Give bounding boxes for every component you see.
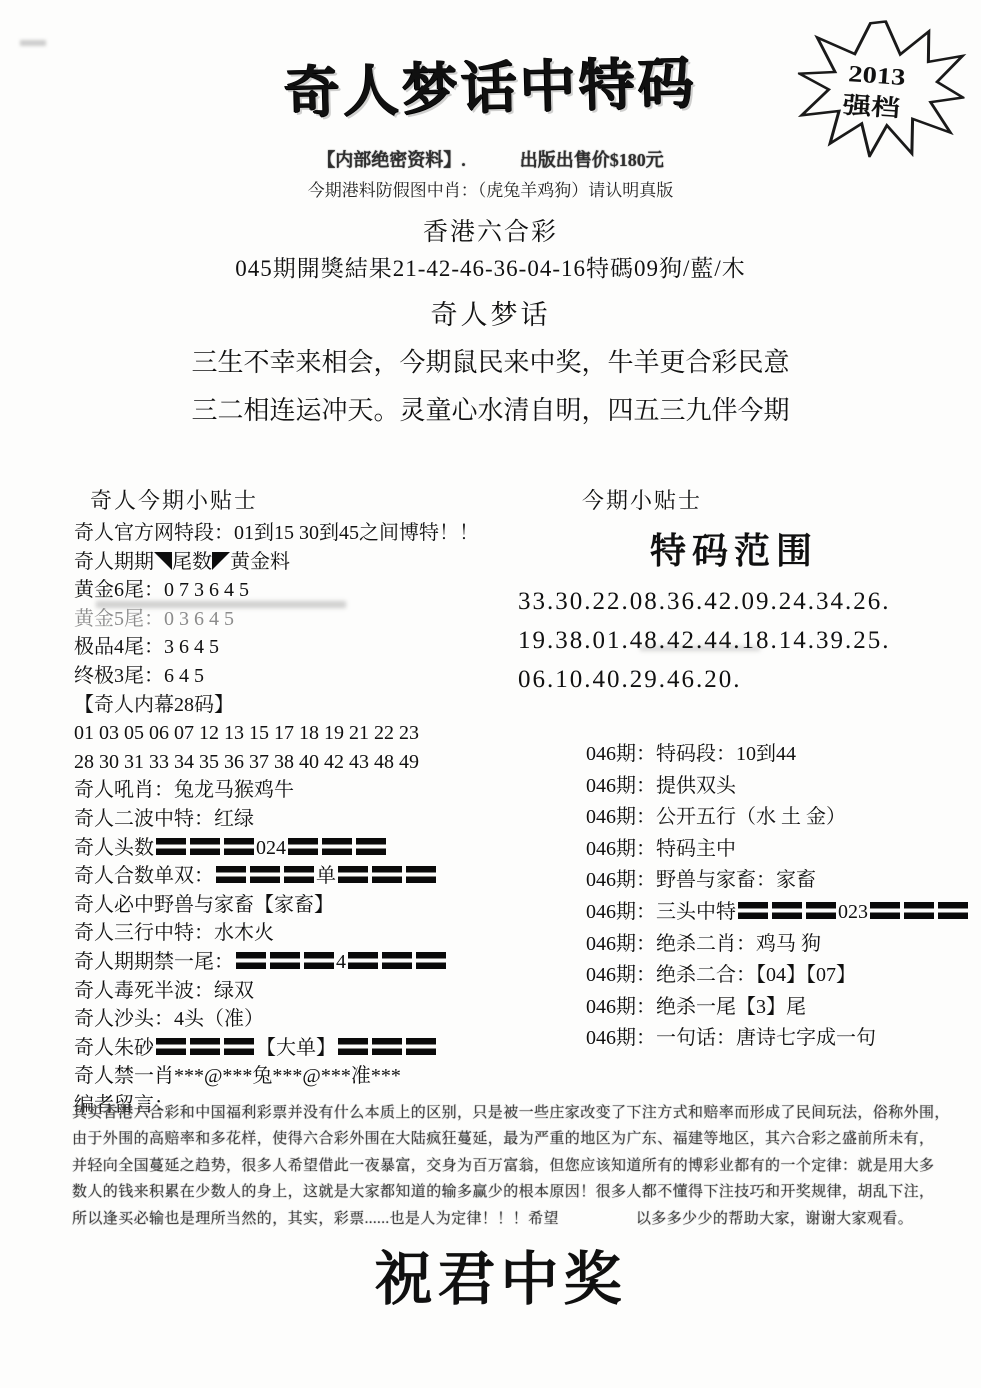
text-segment: 奇人毒死半波：绿双 bbox=[74, 980, 254, 1002]
issue-line: 046期：三头中特023 bbox=[518, 897, 980, 929]
text-segment: 046期：野兽与家畜：家畜 bbox=[586, 869, 816, 891]
starburst-icon bbox=[794, 16, 968, 162]
censor-bar bbox=[406, 1038, 436, 1055]
text-segment: 奇人吼肖：兔龙马猴鸡牛 bbox=[74, 779, 294, 801]
antifake-line: 今期港料防假图中肖：（虎兔羊鸡狗）请认明真版 bbox=[0, 176, 981, 201]
issue-line: 046期：绝杀二合：【04】【07】 bbox=[518, 960, 980, 992]
text-segment: 极品4尾：3 6 4 5 bbox=[74, 636, 219, 658]
censor-bar bbox=[156, 838, 186, 855]
censor-bar bbox=[156, 1038, 186, 1055]
issue-line: 046期：绝杀二肖：鸡马 狗 bbox=[518, 929, 980, 961]
censor-bar bbox=[738, 902, 768, 919]
badge-year: 2013 bbox=[847, 61, 906, 91]
tip-line: 奇人二波中特：红绿 bbox=[74, 805, 544, 834]
censor-bar bbox=[772, 902, 802, 919]
note-line: 所以逢买必输也是理所当然的，其实，彩票......也是人为定律！！！希望 以多多… bbox=[72, 1206, 966, 1232]
censor-bar bbox=[304, 952, 334, 969]
right-column-heading: 今期小贴士 bbox=[518, 484, 980, 515]
text-segment: 【奇人内幕28码】 bbox=[74, 694, 234, 716]
dream-section-title: 奇人梦话 bbox=[0, 293, 981, 332]
range-numbers-line: 19.38.01.48.42.44.18.14.39.25. bbox=[518, 621, 980, 660]
text-segment: 024 bbox=[256, 837, 286, 859]
range-numbers-line: 06.10.40.29.46.20. bbox=[518, 660, 980, 699]
price-info-line: 【内部绝密资料】. 出版出售价$180元 bbox=[0, 146, 981, 172]
issue-line: 046期：公开五行（水 土 金） bbox=[518, 802, 980, 834]
censor-bar bbox=[382, 952, 412, 969]
issue-line: 046期：一句话：唐诗七字成一句 bbox=[518, 1023, 980, 1055]
censor-bar bbox=[416, 952, 446, 969]
issue-line: 046期：特码段：10到44 bbox=[518, 739, 980, 771]
tip-line: 奇人期期禁一尾：4 bbox=[74, 948, 544, 977]
scanned-lottery-sheet: { "header": { "badge": {"line1": "2013",… bbox=[0, 0, 981, 1388]
text-segment: 奇人二波中特：红绿 bbox=[74, 808, 254, 830]
lottery-name: 香港六合彩 bbox=[0, 212, 981, 248]
text-segment: 28 30 31 33 34 35 36 37 38 40 42 43 48 4… bbox=[74, 751, 419, 773]
tip-line: 奇人官方网特段：01到15 30到45之间博特！！ bbox=[74, 519, 544, 548]
text-segment: 奇人期期 bbox=[74, 551, 154, 573]
tip-line: 奇人三行中特：水木火 bbox=[74, 919, 544, 948]
triangle-down-right-icon bbox=[154, 552, 172, 570]
blessing-text: 祝君中奖 bbox=[0, 1232, 981, 1316]
text-segment: 单 bbox=[316, 865, 336, 887]
note-line: 由于外围的高赔率和多花样，使得六合彩外围在大陆疯狂蔓延，最为严重的地区为广东、福… bbox=[72, 1126, 966, 1152]
text-segment: 046期：三头中特 bbox=[586, 901, 736, 923]
censor-bar bbox=[284, 866, 314, 883]
range-numbers-line: 33.30.22.08.36.42.09.24.34.26. bbox=[518, 582, 980, 621]
text-segment: 046期：一句话：唐诗七字成一句 bbox=[586, 1027, 876, 1049]
tip-line: 奇人头数024 bbox=[74, 834, 544, 863]
text-segment: 046期：绝杀一尾【3】尾 bbox=[586, 996, 806, 1018]
censor-bar bbox=[250, 866, 280, 883]
tip-line: 终极3尾：6 4 5 bbox=[74, 662, 544, 691]
issue-line: 046期：特码主中 bbox=[518, 834, 980, 866]
text-segment: 【大单】 bbox=[256, 1037, 336, 1059]
text-segment: 046期：特码主中 bbox=[586, 838, 736, 860]
tip-line: 奇人沙头：4头（准） bbox=[74, 1005, 544, 1034]
issue-line: 046期：野兽与家畜：家畜 bbox=[518, 865, 980, 897]
censor-bar bbox=[288, 838, 318, 855]
tip-line: 奇人朱砂【大单】 bbox=[74, 1034, 544, 1063]
special-range-title: 特码范围 bbox=[584, 523, 884, 574]
note-line: 其实香港六合彩和中国福利彩票并没有什么本质上的区别，只是被一些庄家改变了下注方式… bbox=[72, 1100, 966, 1126]
issue-line: 046期：提供双头 bbox=[518, 771, 980, 803]
censor-bar bbox=[356, 838, 386, 855]
inside-numbers-row: 28 30 31 33 34 35 36 37 38 40 42 43 48 4… bbox=[74, 748, 544, 777]
editor-note-paragraph: 其实香港六合彩和中国福利彩票并没有什么本质上的区别，只是被一些庄家改变了下注方式… bbox=[72, 1100, 966, 1232]
tip-line: 黄金6尾：0 7 3 6 4 5 bbox=[74, 576, 544, 605]
poem-line: 三生不幸来相会，今期鼠民来中奖，牛羊更合彩民意 bbox=[0, 342, 981, 379]
text-segment: 奇人朱砂 bbox=[74, 1037, 154, 1059]
text-segment: 奇人头数 bbox=[74, 837, 154, 859]
text-segment: 046期：绝杀二肖：鸡马 狗 bbox=[586, 933, 821, 955]
text-segment: 黄金料 bbox=[230, 551, 290, 573]
censor-bar bbox=[806, 902, 836, 919]
censor-bar bbox=[270, 952, 300, 969]
censor-bar bbox=[904, 902, 934, 919]
tip-line: 极品4尾：3 6 4 5 bbox=[74, 633, 544, 662]
note-line: 并轻向全国蔓延之趋势，很多人希望借此一夜暴富，交身为百万富翁，但您应该知道所有的… bbox=[72, 1153, 966, 1179]
text-segment: 黄金6尾：0 7 3 6 4 5 bbox=[74, 579, 249, 601]
text-segment: 黄金5尾：0 3 6 4 5 bbox=[74, 608, 234, 630]
censor-bar bbox=[224, 838, 254, 855]
left-tips-column: 奇人今期小贴士 奇人官方网特段：01到15 30到45之间博特！！ 奇人期期尾数… bbox=[74, 484, 544, 1119]
badge-label: 强档 bbox=[841, 92, 901, 122]
text-segment: 01 03 05 06 07 12 13 15 17 18 19 21 22 2… bbox=[74, 722, 419, 744]
censor-bar bbox=[938, 902, 968, 919]
text-segment: 4 bbox=[336, 951, 346, 973]
tip-line: 奇人禁一肖***@***兔***@***准*** bbox=[74, 1062, 544, 1091]
note-line: 数人的钱来积累在少数人的身上，这就是大家都知道的输多赢少的根本原因！很多人都不懂… bbox=[72, 1179, 966, 1205]
censor-bar bbox=[190, 838, 220, 855]
tip-line: 奇人合数单双：单 bbox=[74, 862, 544, 891]
text-segment: 奇人合数单双： bbox=[74, 865, 214, 887]
left-column-heading: 奇人今期小贴士 bbox=[74, 484, 544, 515]
censor-bar bbox=[338, 866, 368, 883]
text-segment: 奇人必中野兽与家畜【家畜】 bbox=[74, 894, 334, 916]
inside-numbers-row: 01 03 05 06 07 12 13 15 17 18 19 21 22 2… bbox=[74, 719, 544, 748]
censor-bar bbox=[216, 866, 246, 883]
censor-bar bbox=[406, 866, 436, 883]
tip-line: 奇人吼肖：兔龙马猴鸡牛 bbox=[74, 776, 544, 805]
censor-bar bbox=[338, 1038, 368, 1055]
text-segment: 奇人官方网特段：01到15 30到45之间博特！！ bbox=[74, 522, 479, 544]
text-segment: 046期：绝杀二合：【04】【07】 bbox=[586, 964, 856, 986]
text-segment: 046期：特码段：10到44 bbox=[586, 743, 796, 765]
right-tips-column: 今期小贴士 特码范围 33.30.22.08.36.42.09.24.34.26… bbox=[518, 484, 980, 1055]
censor-bar bbox=[236, 952, 266, 969]
text-segment: 奇人三行中特：水木火 bbox=[74, 922, 274, 944]
censor-bar bbox=[348, 952, 378, 969]
censor-bar bbox=[190, 1038, 220, 1055]
year-badge: 2013 强档 bbox=[792, 14, 969, 163]
draw-result-line: 045期開獎結果21-42-46-36-04-16特碼09狗/藍/木 bbox=[0, 250, 981, 283]
text-segment: 046期：提供双头 bbox=[586, 775, 736, 797]
tip-line: 奇人毒死半波：绿双 bbox=[74, 977, 544, 1006]
censor-bar bbox=[372, 866, 402, 883]
text-segment: 终极3尾：6 4 5 bbox=[74, 665, 204, 687]
text-segment: 尾数 bbox=[172, 551, 212, 573]
tip-line: 奇人期期尾数黄金料 bbox=[74, 548, 544, 577]
censor-bar bbox=[224, 1038, 254, 1055]
censor-bar bbox=[372, 1038, 402, 1055]
tip-line: 黄金5尾：0 3 6 4 5 bbox=[74, 605, 544, 634]
issue-046-list: 046期：特码段：10到44 046期：提供双头 046期：公开五行（水 土 金… bbox=[518, 739, 980, 1055]
poem-line: 三二相连运冲天。灵童心水清自明，四五三九伴今期 bbox=[0, 390, 981, 427]
scan-smudge bbox=[20, 40, 46, 46]
text-segment: 奇人期期禁一尾： bbox=[74, 951, 234, 973]
text-segment: 奇人禁一肖***@***兔***@***准*** bbox=[74, 1065, 401, 1087]
text-segment: 023 bbox=[838, 901, 868, 923]
censor-bar bbox=[322, 838, 352, 855]
triangle-down-left-icon bbox=[212, 552, 230, 570]
text-segment: 奇人沙头：4头（准） bbox=[74, 1008, 264, 1030]
text-segment: 046期：公开五行（水 土 金） bbox=[586, 806, 846, 828]
censor-bar bbox=[870, 902, 900, 919]
tip-line: 奇人必中野兽与家畜【家畜】 bbox=[74, 891, 544, 920]
tip-line: 【奇人内幕28码】 bbox=[74, 691, 544, 720]
issue-line: 046期：绝杀一尾【3】尾 bbox=[518, 992, 980, 1024]
